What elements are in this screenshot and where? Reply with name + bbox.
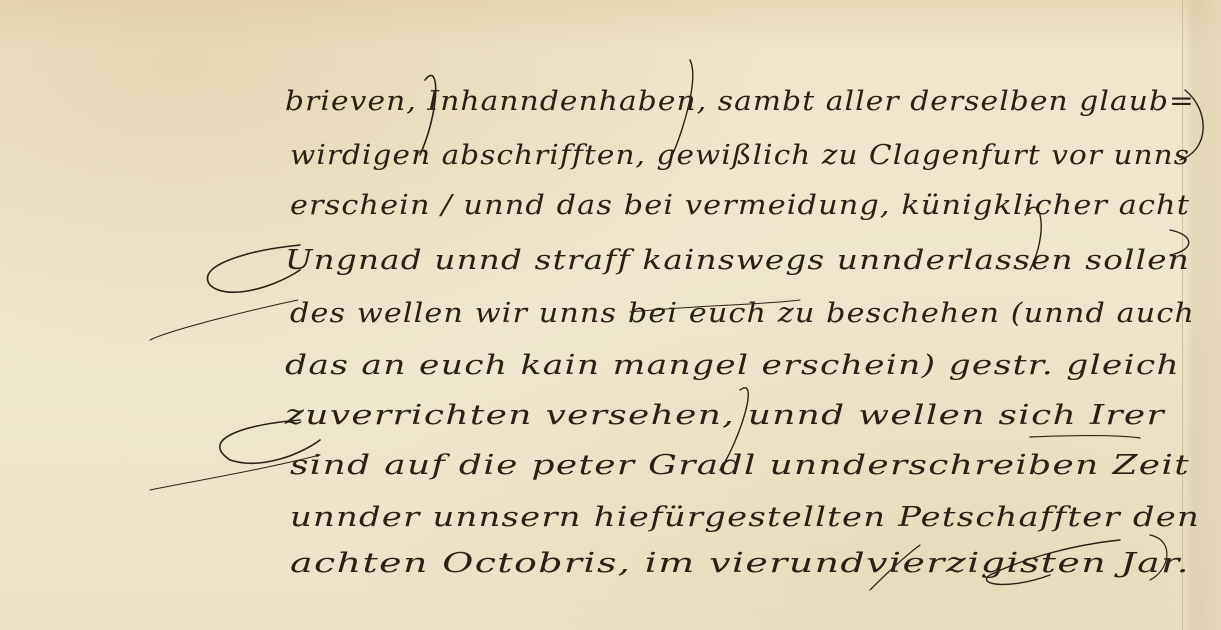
manuscript-line-3: erschein / unnd das bei vermeidung, küni… [290,190,1190,221]
manuscript-line-5: des wellen wir unns bei euch zu beschehe… [290,298,1195,329]
manuscript-page: brieven, Inhanndenhaben, sambt aller der… [0,0,1221,630]
manuscript-line-9: unnder unnsern hiefürgestellten Petschaf… [290,502,1200,533]
manuscript-line-10: achten Octobris, im vierundvierzigisten … [290,548,1190,579]
manuscript-line-1: brieven, Inhanndenhaben, sambt aller der… [285,86,1195,117]
manuscript-line-8: sind auf die peter Gradl unnderschreiben… [290,450,1190,481]
manuscript-line-7: zuverrichten versehen, unnd wellen sich … [285,400,1165,431]
manuscript-line-2: wirdigen abschrifften, gewißlich zu Clag… [290,140,1190,171]
manuscript-line-6: das an euch kain mangel erschein) gestr.… [285,350,1180,381]
manuscript-line-4: Ungnad unnd straff kainswegs unnderlasse… [285,245,1190,276]
